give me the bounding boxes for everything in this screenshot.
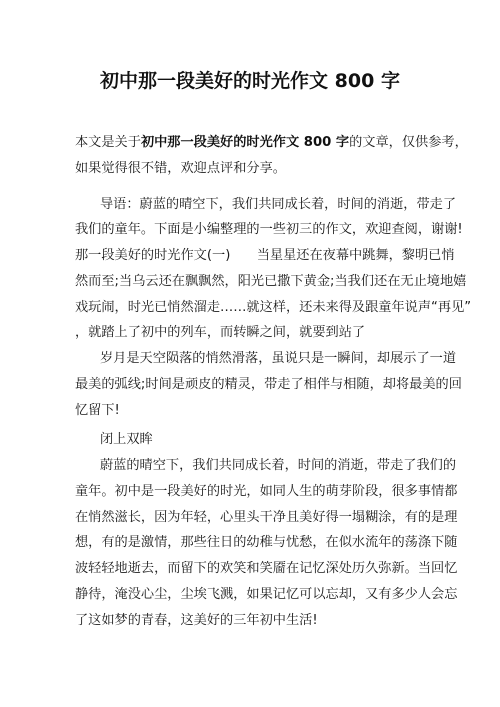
intro-prefix: 本文是关于: [75, 135, 141, 150]
intro-line-1: 本文是关于初中那一段美好的时光作文 800 字的文章，仅供参考，: [75, 134, 468, 152]
paragraph-line: 戏玩闹，时光已悄然溜走……就这样，还未来得及跟童年说声“再见”: [75, 299, 471, 317]
paragraph-line: 然而至;当乌云还在飘飘然，阳光已撒下黄金;当我们还在无止境地嬉: [75, 273, 466, 291]
section-heading: 闭上双眸: [100, 431, 153, 449]
document-title: 初中那一段美好的时光作文 800 字: [0, 66, 500, 93]
paragraph-line: 蔚蓝的晴空下，我们共同成长着，时间的消逝，带走了我们的: [100, 457, 456, 475]
paragraph-line: 忆留下!: [75, 402, 120, 420]
paragraph-line: 岁月是天空陨落的悄然滑落，虽说只是一瞬间，却展示了一道: [100, 350, 456, 368]
paragraph-line: 最美的弧线;时间是顽皮的精灵，带走了相伴与相随，却将最美的回: [75, 376, 462, 394]
intro-bold-title: 初中那一段美好的时光作文 800 字: [141, 135, 349, 150]
intro-line-2: 如果觉得很不错，欢迎点评和分享。: [75, 160, 286, 178]
paragraph-line: 导语：蔚蓝的晴空下，我们共同成长着，时间的消逝，带走了: [100, 196, 456, 214]
paragraph-line: 在悄然滋长，因为年轻，心里头干净且美好得一塌糊涂，有的是理: [75, 509, 457, 527]
paragraph-line: 了这如梦的青春，这美好的三年初中生活!: [75, 612, 318, 630]
paragraph-line: 童年。初中是一段美好的时光，如同人生的萌芽阶段，很多事情都: [75, 483, 457, 501]
paragraph-line: 那一段美好的时光作文(一) 当星星还在夜幕中跳舞，黎明已悄: [75, 247, 455, 265]
paragraph-line: 我们的童年。下面是小编整理的一些初三的作文，欢迎查阅，谢谢!: [75, 221, 463, 239]
intro-suffix: 的文章，仅供参考，: [349, 135, 468, 150]
paragraph-line: 想，有的是激情，那些往日的幼稚与忧愁，在似水流年的荡涤下随: [75, 534, 457, 552]
paragraph-line: ，就踏上了初中的列车，而转瞬之间，就要到站了: [75, 324, 365, 342]
paragraph-line: 波轻轻地逝去，而留下的欢笑和笑靥在记忆深处历久弥新。当回忆: [75, 560, 457, 578]
paragraph-line: 静待，淹没心尘，尘埃飞溅，如果记忆可以忘却，又有多少人会忘: [75, 586, 457, 604]
